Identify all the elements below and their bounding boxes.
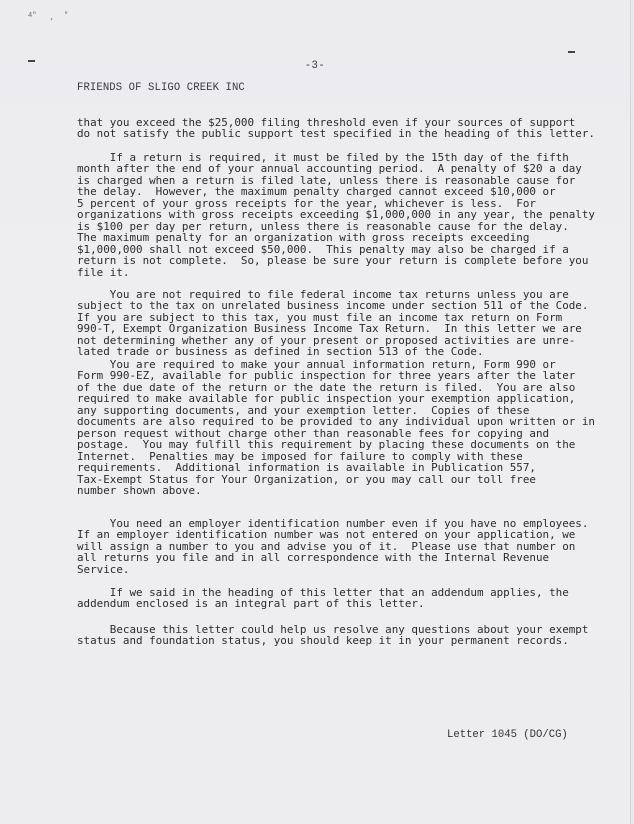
paragraph-keep-records: Because this letter could help us resolv… [77, 624, 597, 647]
letter-form-number: Letter 1045 (DO/CG) [447, 729, 568, 741]
organization-name: FRIENDS OF SLIGO CREEK INC [77, 82, 245, 94]
paragraph-income-tax: You are not required to file federal inc… [77, 289, 597, 358]
paragraph-filing-threshold: that you exceed the $25,000 filing thres… [77, 117, 597, 140]
scan-dash-right [568, 51, 575, 53]
paragraph-public-inspection: You are required to make your annual inf… [77, 359, 597, 496]
scan-mark: " [64, 12, 68, 20]
paragraph-return-deadline: If a return is required, it must be file… [77, 152, 597, 278]
paragraph-addendum: If we said in the heading of this letter… [77, 587, 597, 610]
scan-mark: , [50, 14, 54, 22]
document-page: 4" , " -3- FRIENDS OF SLIGO CREEK INC th… [0, 0, 631, 824]
page-number: -3- [0, 60, 630, 72]
scan-mark: 4" [28, 12, 36, 20]
paragraph-ein: You need an employer identification numb… [77, 518, 597, 575]
